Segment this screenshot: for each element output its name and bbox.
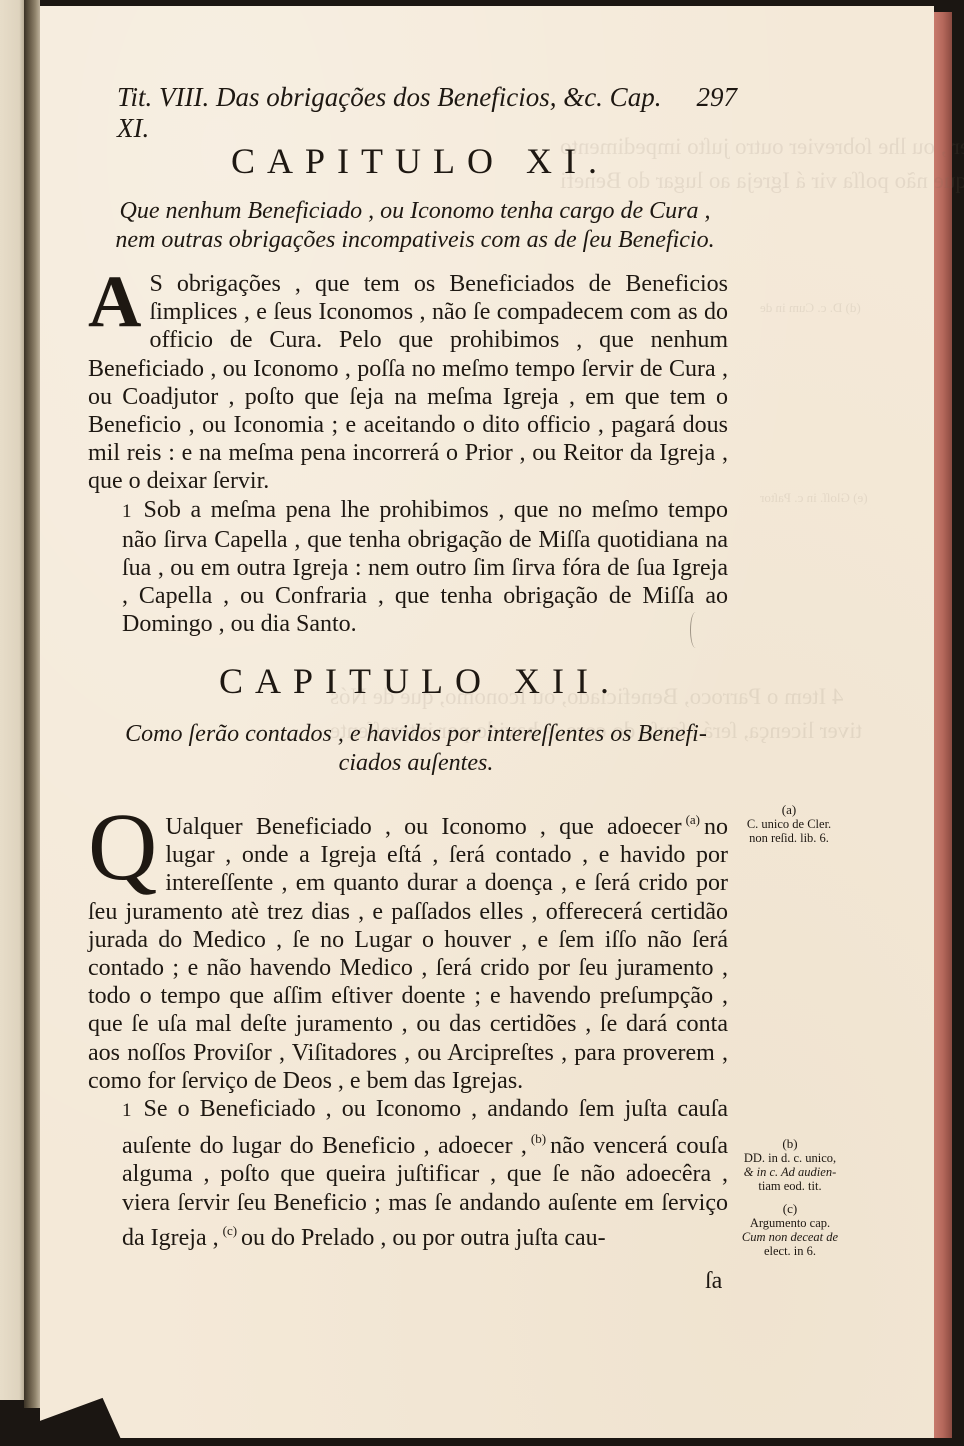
margin-note-label: (c) [732, 1202, 848, 1216]
chapter-12-body: QUalquer Beneficiado , ou Iconomo , que … [88, 806, 728, 1252]
paragraph-text: ou do Prelado , ou por outra juſta cau- [241, 1225, 606, 1251]
margin-note-line: & in c. Ad audien- [732, 1165, 848, 1179]
margin-note-line: non reſid. lib. 6. [733, 831, 845, 845]
margin-note-line: tiam eod. tit. [732, 1179, 848, 1193]
running-head: Tit. VIII. Das obrigações dos Beneficios… [117, 82, 737, 144]
margin-note-a: (a) C. unico de Cler. non reſid. lib. 6. [733, 803, 845, 845]
paragraph-text: Ualquer Beneficiado , ou Iconomo , que a… [165, 814, 681, 840]
paragraph-number: 1 [122, 1100, 132, 1121]
facing-page-edge [0, 0, 24, 1400]
book-gutter [24, 0, 40, 1408]
margin-note-b: (b) DD. in d. c. unico, & in c. Ad audie… [732, 1137, 848, 1193]
paragraph-number: 1 [122, 501, 132, 522]
margin-note-line: Argumento cap. [732, 1216, 848, 1230]
footnote-marker-c[interactable]: (c) [223, 1223, 237, 1238]
chapter-12-subtitle-line1: Como ſerão contados , e havidos por inte… [86, 720, 746, 749]
chapter-11-subtitle: Que nenhum Beneficiado , ou Iconomo tenh… [90, 197, 740, 255]
margin-note-line: DD. in d. c. unico, [732, 1151, 848, 1165]
chapter-11-body: AS obrigações , que tem os Beneficiados … [88, 270, 728, 639]
chapter-11-subtitle-line1: Que nenhum Beneficiado , ou Iconomo tenh… [90, 197, 740, 226]
page-edge-red [934, 12, 952, 1438]
margin-note-line: elect. in 6. [732, 1244, 848, 1258]
chapter-11-paragraph-1: 1Sob a meſma pena lhe prohibimos , que n… [88, 496, 728, 639]
margin-note-c: (c) Argumento cap. Cum non deceat de ele… [732, 1202, 848, 1258]
chapter-12-title: CAPITULO XII. [200, 660, 640, 702]
chapter-12-subtitle: Como ſerão contados , e havidos por inte… [86, 720, 746, 778]
running-head-title: Tit. VIII. Das obrigações dos Beneficios… [117, 82, 697, 144]
chapter-11-title: CAPITULO XI. [200, 140, 640, 182]
paragraph-text: S obrigações , que tem os Beneficiados d… [88, 271, 728, 494]
chapter-11-subtitle-line2: nem outras obrigações incompativeis com … [90, 226, 740, 255]
chapter-12-paragraph-1: 1Se o Beneficiado , ou Iconomo , andando… [88, 1095, 728, 1252]
chapter-11-paragraph-main: AS obrigações , que tem os Beneficiados … [88, 270, 728, 496]
margin-note-line: C. unico de Cler. [733, 817, 845, 831]
footnote-marker-a[interactable]: (a) [686, 812, 700, 827]
page-number: 297 [697, 82, 738, 144]
dropcap-a: A [88, 274, 141, 330]
footnote-marker-b[interactable]: (b) [531, 1131, 546, 1146]
chapter-12-subtitle-line2: ciados auſentes. [86, 749, 746, 778]
dropcap-q: Q [88, 808, 157, 886]
paragraph-text: Sob a meſma pena lhe prohibimos , que no… [122, 497, 728, 638]
chapter-12-paragraph-main: QUalquer Beneficiado , ou Iconomo , que … [88, 806, 728, 1095]
margin-note-label: (b) [732, 1137, 848, 1151]
margin-note-line: Cum non deceat de [732, 1230, 848, 1244]
margin-note-label: (a) [733, 803, 845, 817]
catchword: ſa [705, 1268, 722, 1295]
pencil-mark [690, 612, 701, 648]
paragraph-text: no lugar , onde a Igreja eſtá , ſerá con… [88, 814, 728, 1094]
